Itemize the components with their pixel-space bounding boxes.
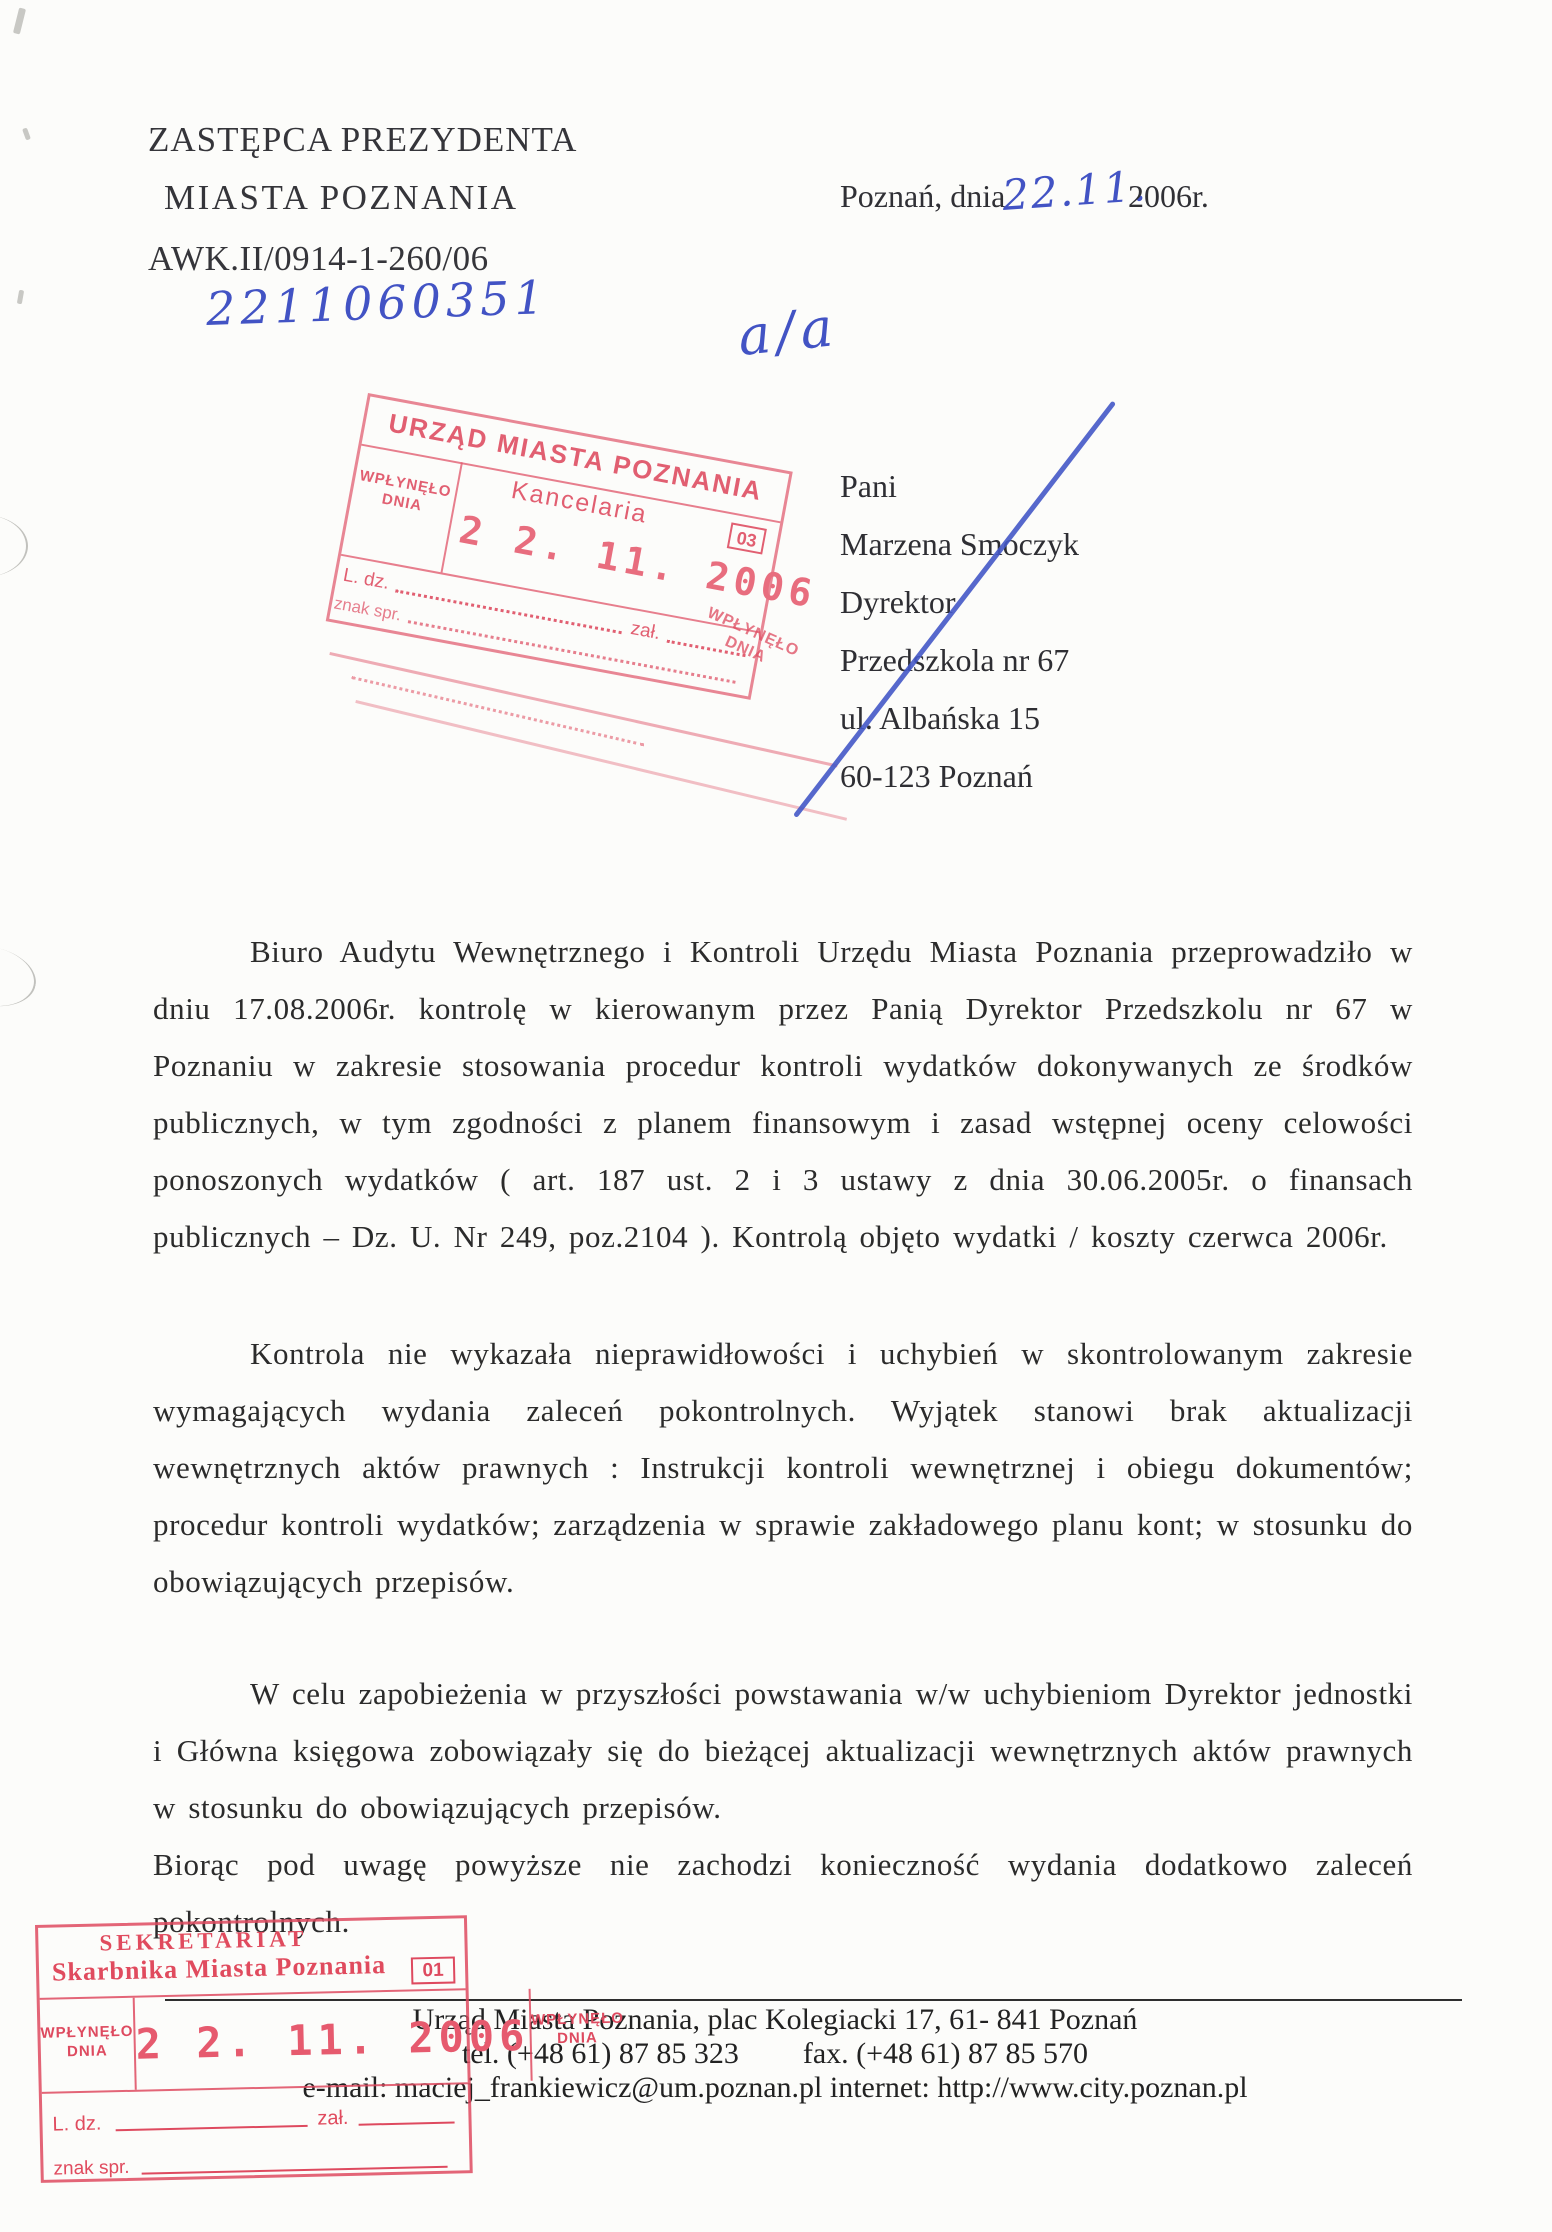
- scan-speck: [17, 290, 24, 305]
- paragraph-1: Biuro Audytu Wewnętrznego i Kontroli Urz…: [153, 923, 1413, 1265]
- sekretariat-stamp-header: SEKRETARIAT Skarbnika Miasta Poznania: [38, 1918, 466, 2000]
- zal-label: zał.: [317, 2107, 349, 2131]
- sekretariat-stamp: SEKRETARIAT Skarbnika Miasta Poznania 01…: [35, 1915, 473, 2183]
- sender-title-line1: ZASTĘPCA PREZYDENTA: [148, 120, 577, 160]
- received-label: DNIA: [531, 2028, 623, 2049]
- kancelaria-received-cell: WPŁYNĘŁO DNIA: [341, 444, 463, 573]
- footer-fax: fax. (+48 61) 87 85 570: [803, 2037, 1088, 2070]
- fill-line: [359, 2122, 455, 2126]
- paragraph-3: W celu zapobieżenia w przyszłości powsta…: [153, 1665, 1413, 1836]
- sekretariat-date-row: WPŁYNĘŁO DNIA 2 2. 11. 2006 WPŁYNĘŁO DNI…: [40, 1990, 468, 2094]
- recipient-line: Marzena Smoczyk: [840, 515, 1079, 573]
- kancelaria-stamp: URZĄD MIASTA POZNANIA Kancelaria WPŁYNĘŁ…: [326, 393, 793, 700]
- received-label: WPŁYNĘŁO: [531, 2009, 623, 2030]
- scan-arc-artifact: [0, 948, 42, 1014]
- received-label: WPŁYNĘŁO: [40, 2022, 133, 2043]
- handwritten-aa-note: a/a: [735, 295, 842, 368]
- sender-title-line2: MIASTA POZNANIA: [164, 178, 519, 218]
- sekretariat-code-box: 01: [411, 1956, 456, 1984]
- dateline-prefix: Poznań, dnia: [840, 176, 1005, 216]
- dateline-year: 2006r.: [1128, 176, 1209, 216]
- fill-line: [116, 2125, 308, 2131]
- date-cell: 2 2. 11. 2006: [135, 1989, 531, 2090]
- znak-spr-label: znak spr.: [332, 594, 403, 626]
- scan-speck: [22, 128, 31, 141]
- fill-line: [142, 2166, 448, 2175]
- recipient-block: Pani Marzena Smoczyk Dyrektor Przedszkol…: [840, 457, 1079, 805]
- ldz-label: L. dz.: [52, 2113, 101, 2137]
- scan-arc-artifact: [0, 515, 28, 577]
- received-label: DNIA: [41, 2041, 134, 2062]
- sekretariat-date-stamp: 2 2. 11. 2006: [135, 2010, 530, 2068]
- handwritten-date: 22.11.: [1000, 161, 1149, 220]
- stamp-smear-line: [355, 700, 847, 821]
- scanned-letter-page: ZASTĘPCA PREZYDENTA MIASTA POZNANIA AWK.…: [0, 0, 1552, 2232]
- recipient-line: ul. Albańska 15: [840, 689, 1079, 747]
- kancelaria-code-box: 03: [727, 522, 767, 554]
- znak-spr-label: znak spr.: [53, 2157, 130, 2181]
- scan-speck: [13, 8, 26, 35]
- ldz-label: L. dz.: [341, 565, 391, 595]
- recipient-line: Przedszkola nr 67: [840, 631, 1079, 689]
- received-cell-right: WPŁYNĘŁO DNIA: [528, 1987, 624, 2081]
- recipient-line: 60-123 Poznań: [840, 747, 1079, 805]
- sekretariat-znak-row: znak spr.: [43, 2127, 470, 2181]
- paragraph-2: Kontrola nie wykazała nieprawidłowości i…: [153, 1325, 1413, 1610]
- zal-label: zał.: [629, 618, 662, 645]
- received-cell-left: WPŁYNĘŁO DNIA: [40, 1998, 137, 2092]
- stamp-smear-line: [329, 652, 837, 767]
- recipient-line: Pani: [840, 457, 1079, 515]
- handwritten-registry-number: 2211060351: [205, 270, 549, 336]
